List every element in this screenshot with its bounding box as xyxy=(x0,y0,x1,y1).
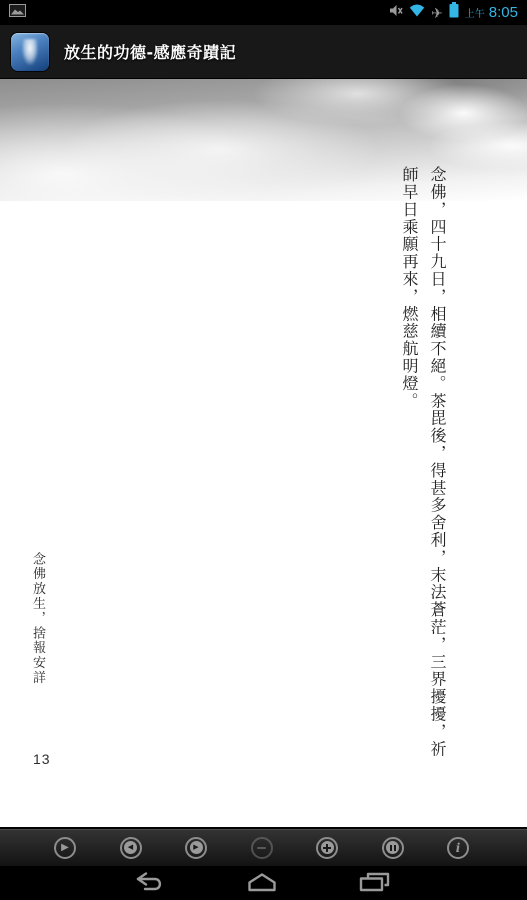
zoom-in-button[interactable] xyxy=(316,837,338,859)
book-page[interactable]: 念佛，四十九日，相續不絕。茶毘後，得甚多舍利，末法蒼茫，三界擾擾，祈 師早日乘願… xyxy=(0,79,527,827)
page-number: 13 xyxy=(33,751,51,767)
info-button[interactable]: i xyxy=(447,837,469,859)
vertical-text-column-second: 師早日乘願再來，燃慈航明燈。 xyxy=(398,166,421,410)
info-icon: i xyxy=(456,842,461,854)
previous-page-button[interactable]: ◀ xyxy=(120,837,142,859)
android-screen: ✈ 上午 8:05 放生的功德-感應奇蹟記 念佛，四十九日，相續不絕。茶毘後，得… xyxy=(0,0,527,900)
next-page-icon: ▶ xyxy=(190,841,203,854)
app-title-bar: 放生的功德-感應奇蹟記 xyxy=(0,25,527,79)
time-meridiem: 上午 xyxy=(465,5,485,20)
recent-apps-icon xyxy=(358,881,391,896)
zoom-out-button[interactable] xyxy=(251,837,273,859)
battery-icon xyxy=(449,2,459,23)
wifi-icon xyxy=(409,4,425,22)
pause-icon xyxy=(386,841,399,854)
back-icon xyxy=(134,881,166,896)
vertical-text-section-title: 念佛放生，捨報安詳 xyxy=(28,552,47,685)
pause-button[interactable] xyxy=(382,837,404,859)
nav-recents-button[interactable] xyxy=(358,871,391,896)
clock: 8:05 xyxy=(489,4,518,21)
play-icon: ▶ xyxy=(61,843,69,853)
reader-toolbar: ▶ ◀ ▶ i xyxy=(0,827,527,866)
app-title: 放生的功德-感應奇蹟記 xyxy=(64,40,236,63)
play-button[interactable]: ▶ xyxy=(54,837,76,859)
airplane-mode-icon: ✈ xyxy=(431,6,443,20)
nav-back-button[interactable] xyxy=(134,871,166,896)
zoom-in-icon xyxy=(321,841,334,854)
status-bar: ✈ 上午 8:05 xyxy=(0,0,527,25)
next-page-button[interactable]: ▶ xyxy=(185,837,207,859)
android-nav-bar xyxy=(0,866,527,900)
home-icon xyxy=(246,881,278,896)
previous-page-icon: ◀ xyxy=(124,841,137,854)
mute-icon xyxy=(389,4,403,22)
vertical-text-column-main: 念佛，四十九日，相續不絕。茶毘後，得甚多舍利，末法蒼茫，三界擾擾，祈 xyxy=(426,166,449,758)
app-icon xyxy=(11,33,49,71)
zoom-out-icon xyxy=(257,847,266,849)
nav-home-button[interactable] xyxy=(246,871,278,896)
screenshot-notification-icon xyxy=(9,4,26,22)
